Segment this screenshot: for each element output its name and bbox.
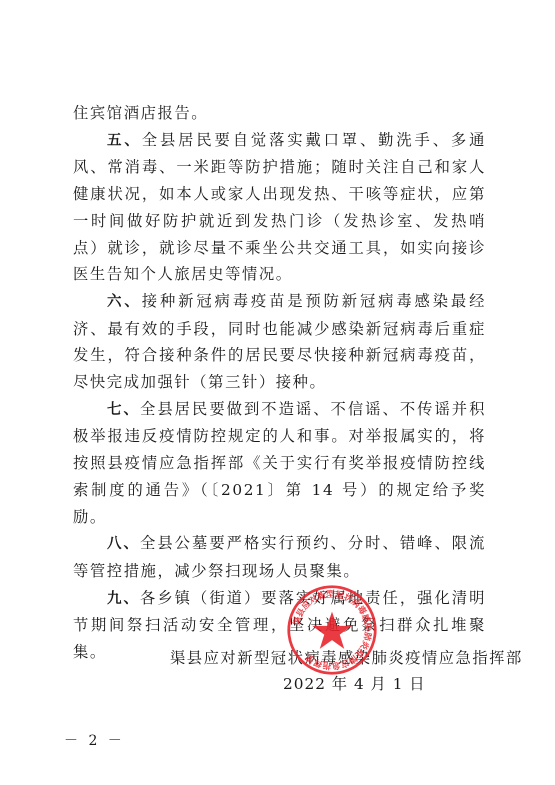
paragraph-item-5: 五、全县居民要自觉落实戴口罩、勤洗手、多通风、常消毒、一米距等防护措施；随时关注… (73, 127, 486, 288)
paragraph-item-8: 八、全县公墓要严格实行预约、分时、错峰、限流等管控措施，减少祭扫现场人员聚集。 (73, 530, 486, 584)
document-body: 住宾馆酒店报告。 五、全县居民要自觉落实戴口罩、勤洗手、多通风、常消毒、一米距等… (73, 100, 486, 666)
paragraph-lead: 八、 (107, 536, 140, 552)
paragraph-lead: 九、 (107, 591, 140, 607)
paragraph-continuation: 住宾馆酒店报告。 (73, 100, 486, 127)
paragraph-item-7: 七、全县居民要做到不造谣、不信谣、不传谣并积极举报违反疫情防控规定的人和事。对举… (73, 396, 486, 531)
page-number: － 2 － (64, 730, 125, 750)
red-star-icon (312, 612, 352, 649)
document-page: 住宾馆酒店报告。 五、全县居民要自觉落实戴口罩、勤洗手、多通风、常消毒、一米距等… (0, 0, 555, 785)
paragraph-lead: 六、 (107, 294, 142, 310)
official-seal-stamp: 渠县应对新型冠状病毒感染肺炎疫情应急指挥部 (286, 584, 378, 676)
paragraph-item-6: 六、接种新冠病毒疫苗是预防新冠病毒感染最经济、最有效的手段，同时也能减少感染新冠… (73, 288, 486, 396)
paragraph-text: 住宾馆酒店报告。 (73, 104, 208, 122)
paragraph-lead: 七、 (107, 402, 140, 418)
paragraph-text: 全县居民要自觉落实戴口罩、勤洗手、多通风、常消毒、一米距等防护措施；随时关注自己… (73, 131, 486, 284)
paragraph-text: 全县居民要做到不造谣、不信谣、不传谣并积极举报违反疫情防控规定的人和事。对举报属… (73, 400, 486, 526)
paragraph-lead: 五、 (107, 133, 142, 149)
